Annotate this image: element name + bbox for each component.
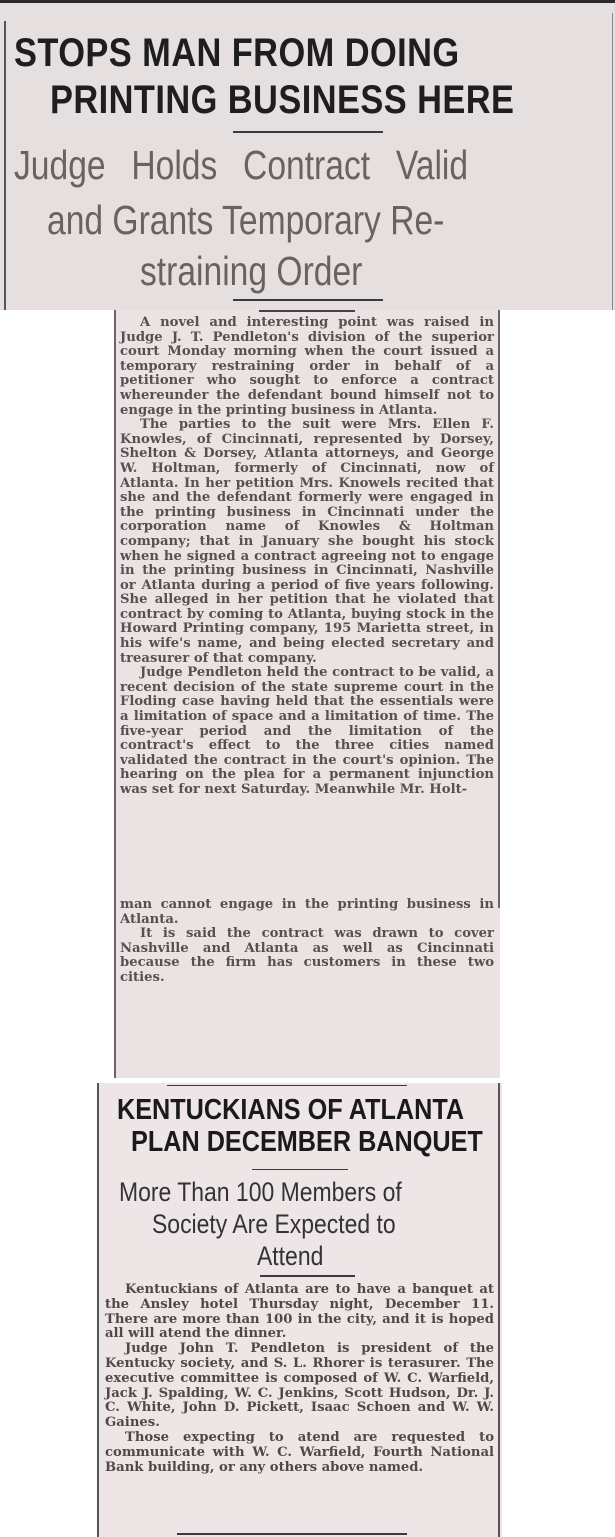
headline-separator: [252, 1169, 348, 1170]
article2-headline-line1: KENTUCKIANS OF ATLANTA: [117, 1094, 464, 1126]
article1-paragraph: Judge Pendleton held the contract to be …: [120, 666, 494, 797]
article1-headline-line2: PRINTING BUSINESS HERE: [50, 78, 514, 122]
article1-headline-line1: STOPS MAN FROM DOING: [14, 31, 460, 75]
article2-paragraph: Those expecting to atend are requested t…: [105, 1431, 494, 1475]
column-rule-right: [498, 1083, 500, 1537]
article1-subhead-line3: straining Order: [140, 246, 362, 296]
article1-subhead-line1: Judge Holds Contract Valid: [14, 140, 468, 190]
article1-subhead-line2: and Grants Temporary Re-: [47, 195, 444, 245]
article1-paragraph: man cannot engage in the printing busine…: [120, 898, 494, 927]
column-rule-right: [498, 310, 500, 908]
article1-continuation: man cannot engage in the printing busine…: [120, 898, 494, 986]
article2-subhead-line1: More Than 100 Members of: [119, 1177, 402, 1208]
article2-clipping: KENTUCKIANS OF ATLANTA PLAN DECEMBER BAN…: [97, 1083, 502, 1537]
article2-subhead-line3: Attend: [257, 1241, 323, 1272]
column-rule-right: [612, 13, 613, 310]
column-rule-left: [4, 21, 6, 310]
article1-body-clipping: A novel and interesting point was raised…: [114, 310, 500, 1078]
article1-paragraph: A novel and interesting point was raised…: [120, 316, 494, 418]
article2-subhead-line2: Society Are Expected to: [152, 1209, 396, 1240]
article2-paragraph: Kentuckians of Atlanta are to have a ban…: [105, 1283, 494, 1342]
column-rule-left: [97, 1083, 99, 1537]
top-separator: [167, 1085, 407, 1086]
article1-headline-clipping: STOPS MAN FROM DOING PRINTING BUSINESS H…: [0, 0, 615, 310]
article1-paragraph: The parties to the suit were Mrs. Ellen …: [120, 418, 494, 666]
article2-body: Kentuckians of Atlanta are to have a ban…: [105, 1283, 494, 1475]
article1-body: A novel and interesting point was raised…: [120, 316, 494, 798]
body-top-separator: [259, 310, 355, 312]
article2-paragraph: Judge John T. Pendleton is president of …: [105, 1342, 494, 1431]
article2-headline-line2: PLAN DECEMBER BANQUET: [131, 1126, 483, 1158]
article1-paragraph: It is said the contract was drawn to cov…: [120, 927, 494, 985]
bottom-separator: [177, 1533, 407, 1535]
subhead-separator: [233, 299, 383, 301]
column-rule-left: [114, 310, 116, 1078]
headline-separator: [233, 131, 383, 133]
subhead-separator: [260, 1275, 355, 1277]
